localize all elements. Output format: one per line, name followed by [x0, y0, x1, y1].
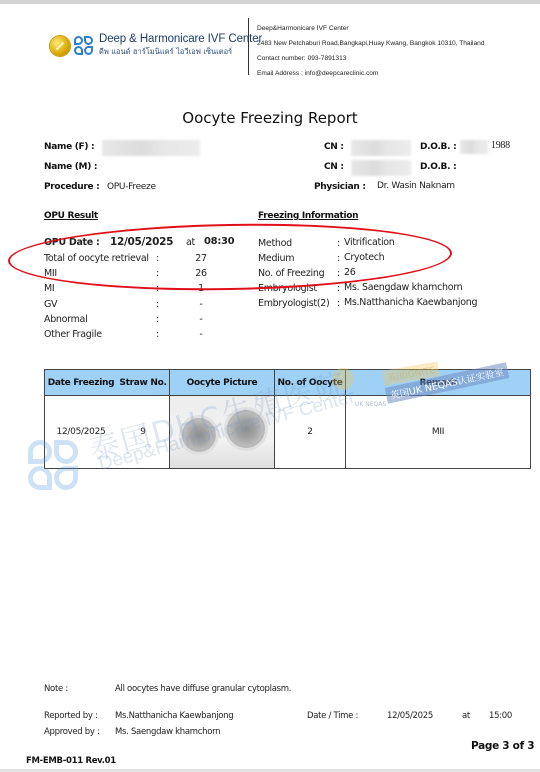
opu-row-value: 27: [186, 253, 216, 264]
opu-row-colon: :: [156, 253, 159, 264]
address-line: 2483 New Petchaburi Road,Bangkapi,Huay K…: [257, 36, 485, 51]
freezing-row-value: 26: [344, 267, 356, 278]
address-line: Deep&Harmonicare IVF Center: [257, 21, 485, 36]
table-header-row: Date Freezing Straw No. Oocyte Picture N…: [45, 370, 531, 396]
dob-f-redacted: [460, 140, 488, 154]
opu-date-value: 12/05/2025: [110, 236, 173, 248]
freezing-row-label: Medium: [258, 253, 294, 264]
opu-row-label: MII: [44, 268, 57, 279]
top-border: [0, 0, 540, 4]
col-oocyte-picture: Oocyte Picture: [170, 370, 275, 396]
contact-number: Contact number: 093-7891313: [257, 51, 485, 66]
name-f-label: Name (F) :: [44, 142, 94, 152]
oocyte-1: [182, 418, 216, 452]
clinic-address: Deep&Harmonicare IVF Center 2483 New Pet…: [257, 21, 485, 81]
note-label: Note :: [44, 684, 68, 694]
freezing-row-colon: :: [337, 283, 340, 294]
dob-f-label: D.O.B. :: [420, 142, 456, 152]
freezing-row-value: Ms.Natthanicha Kaewbanjong: [344, 297, 477, 308]
opu-row-label: Abnormal: [44, 314, 87, 325]
freezing-row-label: No. of Freezing: [258, 268, 324, 279]
opu-time-value: 08:30: [204, 236, 234, 247]
physician-label: Physician :: [314, 182, 366, 192]
opu-row-value: -: [186, 314, 216, 325]
opu-row-label: Other Fragile: [44, 329, 102, 340]
opu-row-colon: :: [156, 314, 159, 325]
opu-row-colon: :: [156, 329, 159, 340]
dob-f-year: 1988: [491, 140, 510, 151]
cn-f-redacted: [351, 140, 411, 156]
opu-row-colon: :: [156, 268, 159, 279]
col-date-freezing: Date Freezing: [45, 370, 118, 396]
report-at-label: at: [462, 711, 470, 721]
opu-row-label: MI: [44, 283, 54, 294]
freezing-table: Date Freezing Straw No. Oocyte Picture N…: [44, 369, 531, 469]
approved-by-value: Ms. Saengdaw khamchorn: [115, 727, 220, 737]
freezing-row-label: Embryologist: [258, 283, 317, 294]
opu-row-colon: :: [156, 283, 159, 294]
freezing-row-value: Ms. Saengdaw khamchorn: [344, 282, 462, 293]
name-f-redacted: [102, 140, 200, 156]
opu-row-label: Total of oocyte retrieval: [44, 253, 149, 264]
freezing-row-value: Vitrification: [344, 237, 395, 248]
cell-count: 2: [275, 396, 346, 469]
clinic-name-en: Deep & Harmonicare IVF Center: [99, 33, 262, 45]
opu-row-value: -: [186, 299, 216, 310]
dob-m-label: D.O.B. :: [420, 162, 456, 172]
opu-result-heading: OPU Result: [44, 211, 98, 221]
report-time: 15:00: [489, 711, 512, 721]
procedure-label: Procedure :: [44, 182, 99, 192]
datetime-label: Date / Time :: [307, 711, 358, 721]
clinic-logo: Deep & Harmonicare IVF Center ดีพ แอนด์ …: [50, 33, 262, 58]
cell-remark: MII: [346, 396, 531, 469]
header-divider: [248, 18, 249, 75]
col-straw-no: Straw No.: [117, 370, 170, 396]
freezing-row-colon: :: [337, 253, 340, 264]
freezing-row-colon: :: [337, 268, 340, 279]
opu-row-colon: :: [156, 299, 159, 310]
cell-straw: 9: [117, 396, 170, 469]
opu-row-label: GV: [44, 299, 57, 310]
cn-f-label: CN :: [324, 142, 344, 152]
opu-row-value: 1: [186, 283, 216, 294]
opu-row-value: 26: [186, 268, 216, 279]
name-m-label: Name (M) :: [44, 162, 97, 172]
opu-row-value: -: [186, 329, 216, 340]
opu-at-label: at: [186, 237, 195, 248]
col-no-of-oocyte: No. of Oocyte: [275, 370, 346, 396]
clinic-name-th: ดีพ แอนด์ ฮาร์โมนิแคร์ ไอวีเอฟ เซ็นเตอร์: [99, 46, 262, 58]
table-row: 12/05/2025 9 2 MII: [45, 396, 531, 469]
reported-by-label: Reported by :: [44, 711, 98, 721]
col-remark: Remark: [346, 370, 531, 396]
clover-logo-icon: [74, 36, 94, 56]
oocyte-image: [170, 396, 275, 469]
cell-date: 12/05/2025: [45, 396, 118, 469]
freezing-row-value: Cryotech: [344, 252, 384, 263]
approved-by-label: Approved by :: [44, 727, 100, 737]
physician-value: Dr. Wasin Naknam: [377, 181, 455, 191]
cn-m-redacted: [351, 160, 411, 176]
form-code: FM-EMB-011 Rev.01: [26, 756, 116, 766]
freezing-row-colon: :: [337, 238, 340, 249]
procedure-value: OPU-Freeze: [107, 182, 156, 192]
reported-by-value: Ms.Natthanicha Kaewbanjong: [115, 711, 233, 721]
freezing-info-heading: Freezing Information: [258, 211, 358, 221]
note-value: All oocytes have diffuse granular cytopl…: [115, 684, 291, 694]
gold-seal-icon: [50, 36, 70, 56]
email-address: Email Address : info@deepcareclinic.com: [257, 66, 485, 81]
freezing-row-label: Embryologist(2): [258, 298, 329, 309]
oocyte-2: [227, 410, 265, 448]
report-date: 12/05/2025: [387, 711, 433, 721]
freezing-row-label: Method: [258, 238, 292, 249]
cn-m-label: CN :: [324, 162, 344, 172]
freezing-row-colon: :: [337, 298, 340, 309]
opu-date-label: OPU Date :: [44, 237, 99, 248]
report-title: Oocyte Freezing Report: [0, 109, 540, 127]
page-number: Page 3 of 3: [471, 740, 534, 752]
